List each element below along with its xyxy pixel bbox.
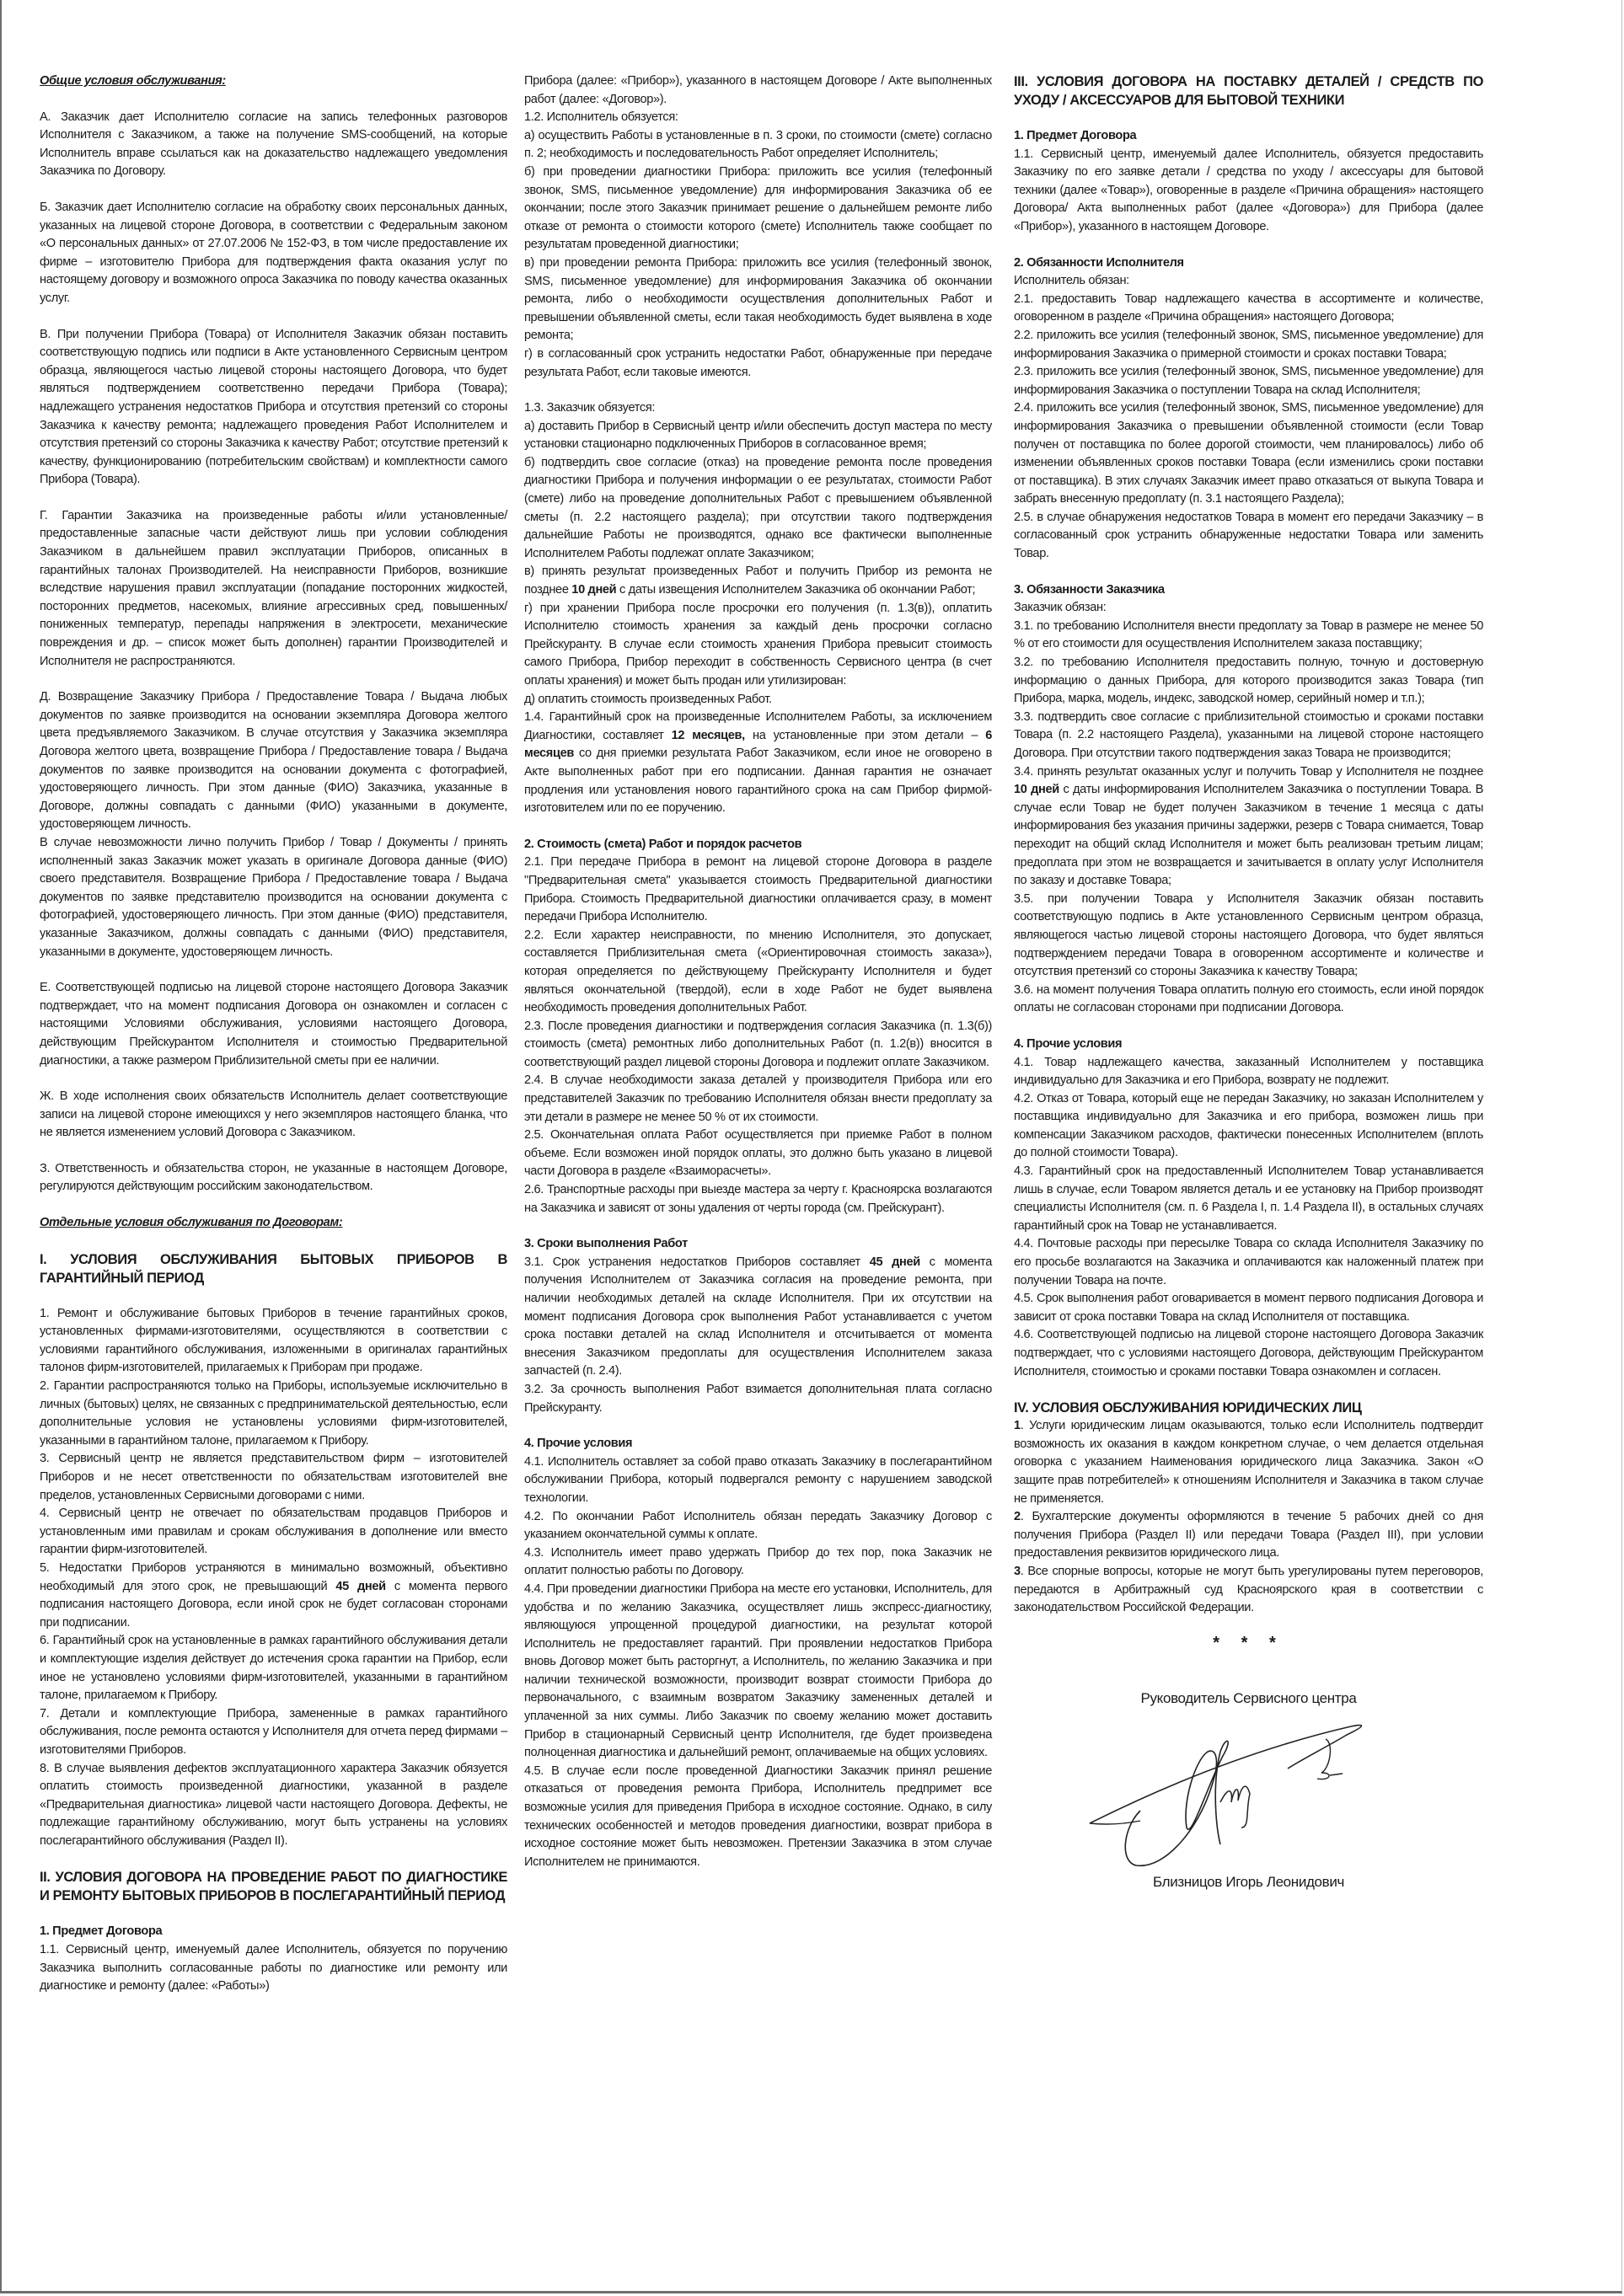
text-run: А. Заказчик дает Исполнителю согласие на… [40, 110, 507, 179]
text-run: 6. Гарантийный срок на установленные в р… [40, 1634, 507, 1702]
paragraph-gap [524, 1218, 992, 1235]
paragraph: З. Ответственность и обязательства сторо… [40, 1160, 507, 1196]
column-right: III. УСЛОВИЯ ДОГОВОРА НА ПОСТАВКУ ДЕТАЛЕ… [1014, 72, 1483, 1892]
paragraph: 3.4. принять результат оказанных услуг и… [1014, 763, 1483, 891]
paragraph: 7. Детали и комплектующие Прибора, замен… [40, 1705, 507, 1760]
text-run: 2.4. В случае необходимости заказа детал… [524, 1073, 992, 1123]
text-run: г) при хранении Прибора после просрочки … [524, 602, 992, 688]
subsection-heading: 4. Прочие условия [1014, 1036, 1483, 1054]
paragraph: Д. Возвращение Заказчику Прибора / Предо… [40, 688, 507, 834]
handwritten-signature-icon [1073, 1701, 1410, 1870]
text-run: 2. Гарантии распространяются только на П… [40, 1379, 507, 1448]
text-run: Прибора (далее: «Прибор»), указанного в … [524, 74, 992, 106]
paragraph: Б. Заказчик дает Исполнителю согласие на… [40, 199, 507, 308]
section-heading: I. УСЛОВИЯ ОБСЛУЖИВАНИЯ БЫТОВЫХ ПРИБОРОВ… [40, 1250, 507, 1287]
paragraph: 2.2. Если характер неисправности, по мне… [524, 927, 992, 1018]
column-right-body: III. УСЛОВИЯ ДОГОВОРА НА ПОСТАВКУ ДЕТАЛЕ… [1014, 72, 1483, 1618]
paragraph: 3.3. подтвердить свое согласие с приблиз… [1014, 709, 1483, 763]
text-run: Заказчик обязан: [1014, 601, 1106, 614]
paragraph-gap [40, 1905, 507, 1923]
paragraph: 4.5. Срок выполнения работ оговаривается… [1014, 1290, 1483, 1326]
text-run: 3. Сервисный центр не является представи… [40, 1452, 507, 1501]
paragraph: Прибора (далее: «Прибор»), указанного в … [524, 72, 992, 109]
paragraph-gap [40, 1143, 507, 1160]
text-run: 3.3. подтвердить свое согласие с приблиз… [1014, 710, 1483, 760]
text-run: 4.1. Исполнитель оставляет за собой прав… [524, 1455, 992, 1505]
text-run: 4.3. Исполнитель имеет право удержать Пр… [524, 1546, 992, 1578]
text-run: с даты информирования Исполнителем Заказ… [1014, 783, 1483, 887]
bold-text: 10 дней [1014, 783, 1059, 796]
paragraph: г) в согласованный срок устранить недост… [524, 345, 992, 382]
text-run: 2.3. После проведения диагностики и подт… [524, 1020, 992, 1069]
paragraph-gap [524, 818, 992, 836]
text-run: 4.2. Отказ от Товара, который еще не пер… [1014, 1092, 1483, 1160]
signature-area [1014, 1708, 1483, 1868]
general-conditions-heading: Общие условия обслуживания: [40, 72, 507, 91]
paragraph-gap [40, 490, 507, 507]
text-run: 2.5. в случае обнаружения недостатков То… [1014, 511, 1483, 560]
paragraph: Заказчик обязан: [1014, 599, 1483, 618]
paragraph: 3.5. при получении Товара у Исполнителя … [1014, 891, 1483, 982]
text-run: В случае невозможности лично получить Пр… [40, 836, 507, 959]
paragraph: 1.2. Исполнитель обязуется: [524, 109, 992, 127]
subsection-heading: 1. Предмет Договора [1014, 127, 1483, 146]
paragraph: 3.2. по требованию Исполнителя предостав… [1014, 654, 1483, 709]
text-run: I. УСЛОВИЯ ОБСЛУЖИВАНИЯ БЫТОВЫХ ПРИБОРОВ… [40, 1252, 507, 1286]
paragraph-gap [40, 91, 507, 109]
paragraph-gap [40, 961, 507, 979]
paragraph-gap [1014, 237, 1483, 254]
subsection-heading: 1. Предмет Договора [40, 1923, 507, 1941]
column-middle: Прибора (далее: «Прибор»), указанного в … [524, 72, 992, 1871]
text-run: 2. Обязанности Исполнителя [1014, 256, 1184, 270]
paragraph: 2. Бухгалтерские документы оформляются в… [1014, 1508, 1483, 1563]
subsection-heading: 2. Стоимость (смета) Работ и порядок рас… [524, 836, 992, 854]
section-heading: IV. УСЛОВИЯ ОБСЛУЖИВАНИЯ ЮРИДИЧЕСКИХ ЛИЦ [1014, 1399, 1483, 1417]
paragraph: 4. Сервисный центр не отвечает по обязат… [40, 1505, 507, 1560]
paragraph: в) принять результат произведенных Работ… [524, 563, 992, 599]
text-run: 1.1. Сервисный центр, именуемый далее Ис… [40, 1943, 507, 1993]
paragraph: д) оплатить стоимость произведенных Рабо… [524, 691, 992, 709]
section-heading: III. УСЛОВИЯ ДОГОВОРА НА ПОСТАВКУ ДЕТАЛЕ… [1014, 72, 1483, 110]
paragraph-gap [1014, 110, 1483, 127]
paragraph: 5. Недостатки Приборов устраняются в мин… [40, 1560, 507, 1632]
paragraph: 3.1. по требованию Исполнителя внести пр… [1014, 618, 1483, 654]
text-run: . Все спорные вопросы, которые не могут … [1014, 1565, 1483, 1614]
text-run: 1. Ремонт и обслуживание бытовых Приборо… [40, 1307, 507, 1375]
bold-text: 45 дней [335, 1580, 385, 1593]
text-run: 3. Обязанности Заказчика [1014, 583, 1165, 597]
text-run: 2.1. предоставить Товар надлежащего каче… [1014, 292, 1483, 324]
text-run: 4.4. Почтовые расходы при пересылке Това… [1014, 1237, 1483, 1287]
paragraph: б) при проведении диагностики Прибора: п… [524, 163, 992, 254]
text-run: б) при проведении диагностики Прибора: п… [524, 165, 992, 251]
text-run: 4.5. Срок выполнения работ оговаривается… [1014, 1292, 1483, 1324]
paragraph: 2.4. приложить все усилия (телефонный зв… [1014, 399, 1483, 509]
text-run: 3.6. на момент получения Товара оплатить… [1014, 983, 1483, 1015]
text-run: Е. Соответствующей подписью на лицевой с… [40, 981, 507, 1067]
text-run: 1. Предмет Договора [1014, 129, 1136, 142]
paragraph: В случае невозможности лично получить Пр… [40, 834, 507, 961]
paragraph-gap [40, 1070, 507, 1088]
text-run: Б. Заказчик дает Исполнителю согласие на… [40, 201, 507, 305]
text-run: на установленные при этом детали – [745, 729, 985, 742]
text-run: . Бухгалтерские документы оформляются в … [1014, 1510, 1483, 1560]
paragraph-gap [40, 1850, 507, 1868]
paragraph: 4.3. Исполнитель имеет право удержать Пр… [524, 1544, 992, 1581]
text-run: 2.5. Окончательная оплата Работ осуществ… [524, 1128, 992, 1178]
subsection-heading: 3. Обязанности Заказчика [1014, 581, 1483, 600]
text-run: 3.4. принять результат оказанных услуг и… [1014, 765, 1483, 779]
text-run: 3.2. по требованию Исполнителя предостав… [1014, 656, 1483, 705]
paragraph: 2.3. После проведения диагностики и подт… [524, 1018, 992, 1073]
paragraph: 4.6. Соответствующей подписью на лицевой… [1014, 1326, 1483, 1381]
signatory-name: Близницов Игорь Леонидович [1014, 1873, 1483, 1892]
bold-text: 10 дней [571, 583, 616, 597]
text-run: д) оплатить стоимость произведенных Рабо… [524, 693, 772, 706]
paragraph: 4.4. Почтовые расходы при пересылке Това… [1014, 1235, 1483, 1290]
text-run: 4. Прочие условия [1014, 1037, 1122, 1051]
text-run: а) осуществить Работы в установленные в … [524, 129, 992, 161]
paragraph: 3.6. на момент получения Товара оплатить… [1014, 982, 1483, 1018]
paragraph-gap [40, 1233, 507, 1250]
text-run: г) в согласованный срок устранить недост… [524, 347, 992, 379]
text-run: II. УСЛОВИЯ ДОГОВОРА НА ПРОВЕДЕНИЕ РАБОТ… [40, 1870, 507, 1903]
text-run: В. При получении Прибора (Товара) от Исп… [40, 328, 507, 487]
text-run: 4.3. Гарантийный срок на предоставленный… [1014, 1164, 1483, 1233]
text-run: 3.1. по требованию Исполнителя внести пр… [1014, 619, 1483, 651]
text-run: Г. Гарантии Заказчика на произведенные р… [40, 509, 507, 668]
paragraph: г) при хранении Прибора после просрочки … [524, 600, 992, 691]
paragraph: 2. Гарантии распространяются только на П… [40, 1378, 507, 1450]
paragraph: б) подтвердить свое согласие (отказ) на … [524, 454, 992, 564]
bold-text: 2 [1014, 1510, 1021, 1523]
paragraph: 2.3. приложить все усилия (телефонный зв… [1014, 363, 1483, 399]
text-run: Исполнитель обязан: [1014, 274, 1129, 287]
text-run: с даты извещения Исполнителем Заказчика … [616, 583, 975, 597]
paragraph-gap [40, 1196, 507, 1214]
text-run: б) подтвердить свое согласие (отказ) на … [524, 456, 992, 560]
text-run: Д. Возвращение Заказчику Прибора / Предо… [40, 690, 507, 831]
text-run: 3.5. при получении Товара у Исполнителя … [1014, 892, 1483, 978]
text-run: З. Ответственность и обязательства сторо… [40, 1162, 507, 1194]
text-run: 3.2. За срочность выполнения Работ взима… [524, 1383, 992, 1415]
paragraph-gap [40, 308, 507, 326]
paragraph: 4.1. Исполнитель оставляет за собой прав… [524, 1453, 992, 1508]
paragraph: 1.1. Сервисный центр, именуемый далее Ис… [1014, 146, 1483, 237]
paragraph: 3.1. Срок устранения недостатков Приборо… [524, 1254, 992, 1381]
text-run: 2. Стоимость (смета) Работ и порядок рас… [524, 838, 801, 851]
section-separator-stars: * * * [1014, 1635, 1483, 1653]
paragraph: 3. Сервисный центр не является представи… [40, 1450, 507, 1505]
paragraph: а) доставить Прибор в Сервисный центр и/… [524, 418, 992, 454]
text-run: 2.2. приложить все усилия (телефонный зв… [1014, 329, 1483, 361]
column-left-body: А. Заказчик дает Исполнителю согласие на… [40, 91, 507, 1996]
paragraph: Г. Гарантии Заказчика на произведенные р… [40, 507, 507, 671]
text-run: 2.3. приложить все усилия (телефонный зв… [1014, 365, 1483, 397]
text-run: 3. Сроки выполнения Работ [524, 1237, 688, 1250]
text-run: IV. УСЛОВИЯ ОБСЛУЖИВАНИЯ ЮРИДИЧЕСКИХ ЛИЦ [1014, 1400, 1362, 1416]
text-run: 4.2. По окончании Работ Исполнитель обяз… [524, 1510, 992, 1542]
bold-text: 12 месяцев, [672, 729, 745, 742]
paragraph: 4.5. В случае если после проведенной Диа… [524, 1763, 992, 1872]
text-run: III. УСЛОВИЯ ДОГОВОРА НА ПОСТАВКУ ДЕТАЛЕ… [1014, 74, 1483, 108]
paragraph: 2.2. приложить все усилия (телефонный зв… [1014, 327, 1483, 363]
paragraph: 1.3. Заказчик обязуется: [524, 399, 992, 418]
paragraph: 4.2. Отказ от Товара, который еще не пер… [1014, 1090, 1483, 1163]
text-run: с момента получения Исполнителем от Зака… [524, 1255, 992, 1378]
paragraph: 1. Ремонт и обслуживание бытовых Приборо… [40, 1305, 507, 1378]
bold-text: 45 дней [870, 1255, 920, 1269]
paragraph: 2.6. Транспортные расходы при выезде мас… [524, 1181, 992, 1218]
paragraph-gap [1014, 1381, 1483, 1399]
text-run: 2.6. Транспортные расходы при выезде мас… [524, 1183, 992, 1215]
paragraph-gap [1014, 564, 1483, 581]
paragraph-gap [524, 1417, 992, 1435]
paragraph: 1.1. Сервисный центр, именуемый далее Ис… [40, 1941, 507, 1996]
paragraph: в) при проведении ремонта Прибора: прило… [524, 254, 992, 345]
text-run: 8. В случае выявления дефектов эксплуата… [40, 1762, 507, 1848]
text-run: 4.4. При проведении диагностики Прибора … [524, 1582, 992, 1759]
paragraph: Ж. В ходе исполнения своих обязательств … [40, 1088, 507, 1143]
subsection-heading: 2. Обязанности Исполнителя [1014, 254, 1483, 273]
text-run: а) доставить Прибор в Сервисный центр и/… [524, 420, 992, 452]
italic-heading: Отдельные условия обслуживания по Догово… [40, 1214, 507, 1233]
paragraph: В. При получении Прибора (Товара) от Исп… [40, 326, 507, 490]
paragraph-gap [40, 181, 507, 199]
text-run: 1.1. Сервисный центр, именуемый далее Ис… [1014, 147, 1483, 233]
text-run: Отдельные условия обслуживания по Догово… [40, 1216, 342, 1229]
paragraph: 4.2. По окончании Работ Исполнитель обяз… [524, 1508, 992, 1544]
section-heading: II. УСЛОВИЯ ДОГОВОРА НА ПРОВЕДЕНИЕ РАБОТ… [40, 1868, 507, 1905]
text-run: 1.3. Заказчик обязуется: [524, 401, 655, 415]
paragraph: 8. В случае выявления дефектов эксплуата… [40, 1760, 507, 1851]
text-run: . Услуги юридическим лицам оказываются, … [1014, 1419, 1483, 1505]
text-run: 4.1. Товар надлежащего качества, заказан… [1014, 1056, 1483, 1088]
paragraph: 3.2. За срочность выполнения Работ взима… [524, 1381, 992, 1417]
subsection-heading: 4. Прочие условия [524, 1435, 992, 1453]
paragraph: 2.5. Окончательная оплата Работ осуществ… [524, 1127, 992, 1181]
text-run: 4.6. Соответствующей подписью на лицевой… [1014, 1328, 1483, 1378]
paragraph: 1. Услуги юридическим лицам оказываются,… [1014, 1417, 1483, 1508]
text-run: 3.1. Срок устранения недостатков Приборо… [524, 1255, 870, 1269]
paragraph: 2.4. В случае необходимости заказа детал… [524, 1072, 992, 1127]
text-run: 1.2. Исполнитель обязуется: [524, 110, 678, 124]
bold-text: 1 [1014, 1419, 1021, 1432]
text-run: 7. Детали и комплектующие Прибора, замен… [40, 1707, 507, 1757]
paragraph: Е. Соответствующей подписью на лицевой с… [40, 979, 507, 1070]
paragraph: 4.4. При проведении диагностики Прибора … [524, 1581, 992, 1763]
paragraph-gap [1014, 1018, 1483, 1036]
text-run: 2.1. При передаче Прибора в ремонт на ли… [524, 855, 992, 923]
text-run: 2.4. приложить все усилия (телефонный зв… [1014, 401, 1483, 506]
paragraph: 4.1. Товар надлежащего качества, заказан… [1014, 1054, 1483, 1090]
bold-text: 3 [1014, 1565, 1021, 1578]
text-run: 2.2. Если характер неисправности, по мне… [524, 929, 992, 1014]
paragraph: А. Заказчик дает Исполнителю согласие на… [40, 109, 507, 181]
column-left: Общие условия обслуживания: А. Заказчик … [40, 72, 507, 1996]
paragraph-gap [524, 382, 992, 399]
text-run: со дня приемки результата Работ Заказчик… [524, 747, 992, 815]
paragraph: 1.4. Гарантийный срок на произведенные И… [524, 709, 992, 818]
paragraph-gap [40, 671, 507, 688]
paragraph-gap [40, 1287, 507, 1305]
paragraph: 4.3. Гарантийный срок на предоставленный… [1014, 1163, 1483, 1235]
text-run: в) при проведении ремонта Прибора: прило… [524, 256, 992, 342]
paragraph: 2.1. При передаче Прибора в ремонт на ли… [524, 854, 992, 926]
subsection-heading: 3. Сроки выполнения Работ [524, 1235, 992, 1254]
paragraph: Исполнитель обязан: [1014, 272, 1483, 291]
text-run: 1. Предмет Договора [40, 1924, 162, 1938]
text-run: Ж. В ходе исполнения своих обязательств … [40, 1089, 507, 1139]
paragraph: а) осуществить Работы в установленные в … [524, 127, 992, 163]
text-run: 4. Прочие условия [524, 1437, 632, 1450]
paragraph: 6. Гарантийный срок на установленные в р… [40, 1632, 507, 1705]
paragraph: 3. Все спорные вопросы, которые не могут… [1014, 1563, 1483, 1618]
text-run: 4. Сервисный центр не отвечает по обязат… [40, 1507, 507, 1556]
paragraph: 2.1. предоставить Товар надлежащего каче… [1014, 291, 1483, 327]
paragraph: 2.5. в случае обнаружения недостатков То… [1014, 509, 1483, 564]
text-run: 4.5. В случае если после проведенной Диа… [524, 1764, 992, 1869]
